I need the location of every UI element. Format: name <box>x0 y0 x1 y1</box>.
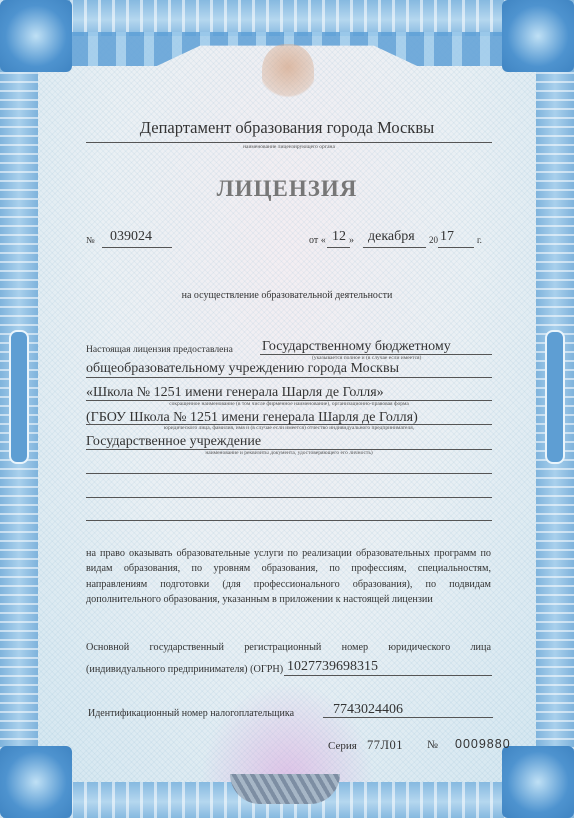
guilloche-rosette <box>200 682 375 782</box>
divider <box>86 377 492 378</box>
hologram-seal <box>230 774 340 804</box>
divider <box>363 247 426 248</box>
license-purpose: на осуществление образовательной деятель… <box>0 290 574 301</box>
date-year: 17 <box>440 229 454 245</box>
date-month: декабря <box>368 229 415 245</box>
inn-label: Идентификационный номер налогоплательщик… <box>88 708 294 719</box>
date-year-prefix: 20 <box>429 235 438 245</box>
blank-line <box>86 520 492 521</box>
inn-value: 7743024406 <box>333 702 403 718</box>
corner-ornament-icon <box>0 0 72 72</box>
frame-top-border <box>0 0 574 36</box>
date-year-unit: г. <box>477 235 482 245</box>
divider <box>327 247 350 248</box>
ogrn-label-line-2: (индивидуального предпринимателя) (ОГРН) <box>86 664 283 675</box>
frame-left-border <box>0 60 38 758</box>
license-document: Департамент образования города Москвы на… <box>0 0 574 818</box>
blank-number-prefix: № <box>427 739 438 751</box>
licensee-line-3: «Школа № 1251 имени генерала Шарля де Го… <box>86 385 384 401</box>
divider <box>323 717 493 718</box>
date-day-close: » <box>349 235 354 246</box>
licensee-line-1: Государственному бюджетному <box>262 339 451 355</box>
licensee-line-5: Государственное учреждение <box>86 434 261 450</box>
license-number: 039024 <box>110 229 152 245</box>
blank-number: 0009880 <box>455 737 511 751</box>
licensee-caption-4: наименование и реквизиты документа, удос… <box>86 450 492 456</box>
granted-label: Настоящая лицензия предоставлена <box>86 344 233 355</box>
document-title: ЛИЦЕНЗИЯ <box>0 176 574 202</box>
licensee-line-2: общеобразовательному учреждению города М… <box>86 361 399 377</box>
date-prefix: от « <box>309 235 326 246</box>
divider <box>102 247 172 248</box>
corner-ornament-icon <box>0 746 72 818</box>
ogrn-label-line-1: Основной государственный регистрационный… <box>86 642 491 653</box>
divider <box>86 142 492 143</box>
date-day: 12 <box>332 229 346 245</box>
coat-of-arms-icon <box>262 44 314 102</box>
series-label: Серия <box>328 740 357 752</box>
blank-line <box>86 473 492 474</box>
licensee-caption-2: сокращенное наименование (в том числе фи… <box>86 401 492 407</box>
number-prefix: № <box>86 235 95 245</box>
frame-right-border <box>536 60 574 758</box>
licensee-caption-3: юридического лица, фамилия, имя и (в слу… <box>86 425 492 431</box>
divider <box>438 247 474 248</box>
corner-ornament-icon <box>502 746 574 818</box>
ogrn-value: 1027739698315 <box>287 659 378 675</box>
authority-caption: наименование лицензирующего органа <box>86 144 492 150</box>
divider <box>284 675 492 676</box>
issuing-authority: Департамент образования города Москвы <box>0 118 574 138</box>
corner-ornament-icon <box>502 0 574 72</box>
series-value: 77Л01 <box>367 738 403 753</box>
rights-paragraph: на право оказывать образовательные услуг… <box>86 546 491 607</box>
blank-line <box>86 497 492 498</box>
